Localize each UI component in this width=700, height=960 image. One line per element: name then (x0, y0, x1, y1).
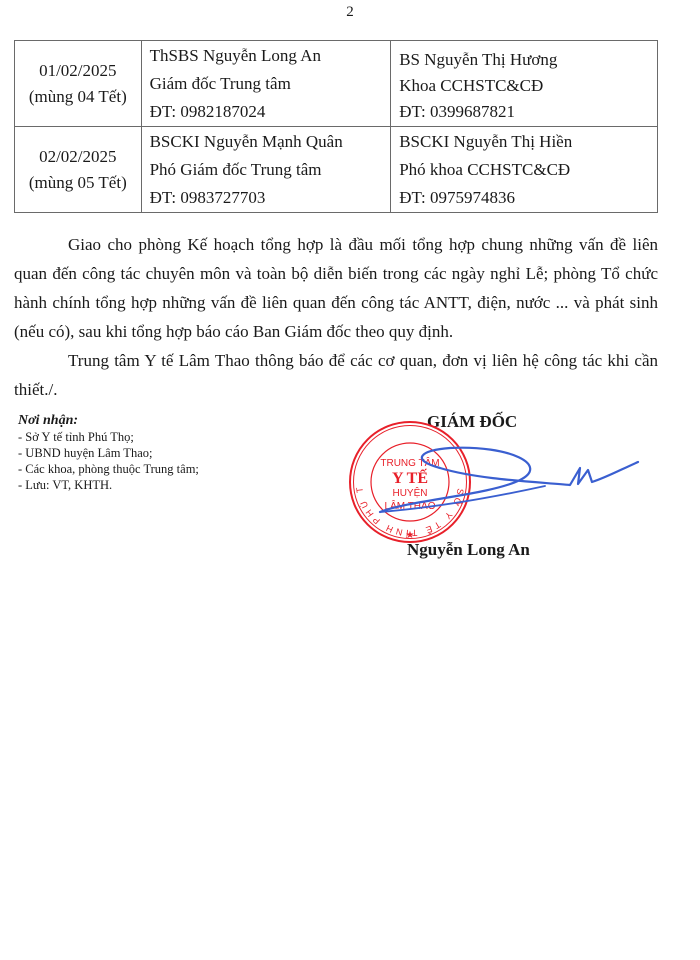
doctor-phone: ĐT: 0399687821 (399, 99, 657, 125)
paragraph-notice: Trung tâm Y tế Lâm Thao thông báo để các… (14, 346, 658, 404)
doctor-name: BSCKI Nguyễn Thị Hiền (399, 128, 657, 156)
leader-name: BSCKI Nguyễn Mạnh Quân (150, 128, 391, 156)
leader-name: ThSBS Nguyễn Long An (150, 42, 391, 70)
leader-role: Giám đốc Trung tâm (150, 70, 391, 98)
doctor-cell: BSCKI Nguyễn Thị Hiền Phó khoa CCHSTC&CĐ… (391, 127, 658, 213)
doctor-role: Phó khoa CCHSTC&CĐ (399, 156, 657, 184)
recipient-item: - Các khoa, phòng thuộc Trung tâm; (18, 461, 199, 477)
duty-schedule-table: 01/02/2025 (mùng 04 Tết) ThSBS Nguyễn Lo… (14, 40, 658, 213)
doctor-name: BS Nguyễn Thị Hương (399, 47, 657, 73)
date: 01/02/2025 (15, 58, 141, 84)
date-cell: 01/02/2025 (mùng 04 Tết) (15, 41, 142, 127)
leader-cell: ThSBS Nguyễn Long An Giám đốc Trung tâm … (141, 41, 391, 127)
doctor-cell: BS Nguyễn Thị Hương Khoa CCHSTC&CĐ ĐT: 0… (391, 41, 658, 127)
recipient-item: - UBND huyện Lâm Thao; (18, 445, 199, 461)
handwritten-signature-icon (370, 440, 640, 530)
lunar-date: (mùng 05 Tết) (15, 170, 141, 196)
table-row: 01/02/2025 (mùng 04 Tết) ThSBS Nguyễn Lo… (15, 41, 658, 127)
leader-phone: ĐT: 0982187024 (150, 98, 391, 126)
body-text: Giao cho phòng Kế hoạch tổng hợp là đầu … (14, 230, 658, 404)
page-number: 2 (0, 4, 700, 21)
lunar-date: (mùng 04 Tết) (15, 84, 141, 110)
signer-name: Nguyễn Long An (407, 540, 530, 560)
paragraph-coordination: Giao cho phòng Kế hoạch tổng hợp là đầu … (14, 230, 658, 346)
leader-cell: BSCKI Nguyễn Mạnh Quân Phó Giám đốc Trun… (141, 127, 391, 213)
doctor-phone: ĐT: 0975974836 (399, 184, 657, 212)
recipient-item: - Lưu: VT, KHTH. (18, 477, 199, 493)
date-cell: 02/02/2025 (mùng 05 Tết) (15, 127, 142, 213)
recipients-block: Nơi nhận: - Sở Y tế tỉnh Phú Thọ; - UBND… (18, 413, 199, 493)
table-row: 02/02/2025 (mùng 05 Tết) BSCKI Nguyễn Mạ… (15, 127, 658, 213)
recipient-item: - Sở Y tế tỉnh Phú Thọ; (18, 429, 199, 445)
recipients-title: Nơi nhận: (18, 413, 199, 429)
date: 02/02/2025 (15, 144, 141, 170)
leader-role: Phó Giám đốc Trung tâm (150, 156, 391, 184)
doctor-role: Khoa CCHSTC&CĐ (399, 73, 657, 99)
leader-phone: ĐT: 0983727703 (150, 184, 391, 212)
